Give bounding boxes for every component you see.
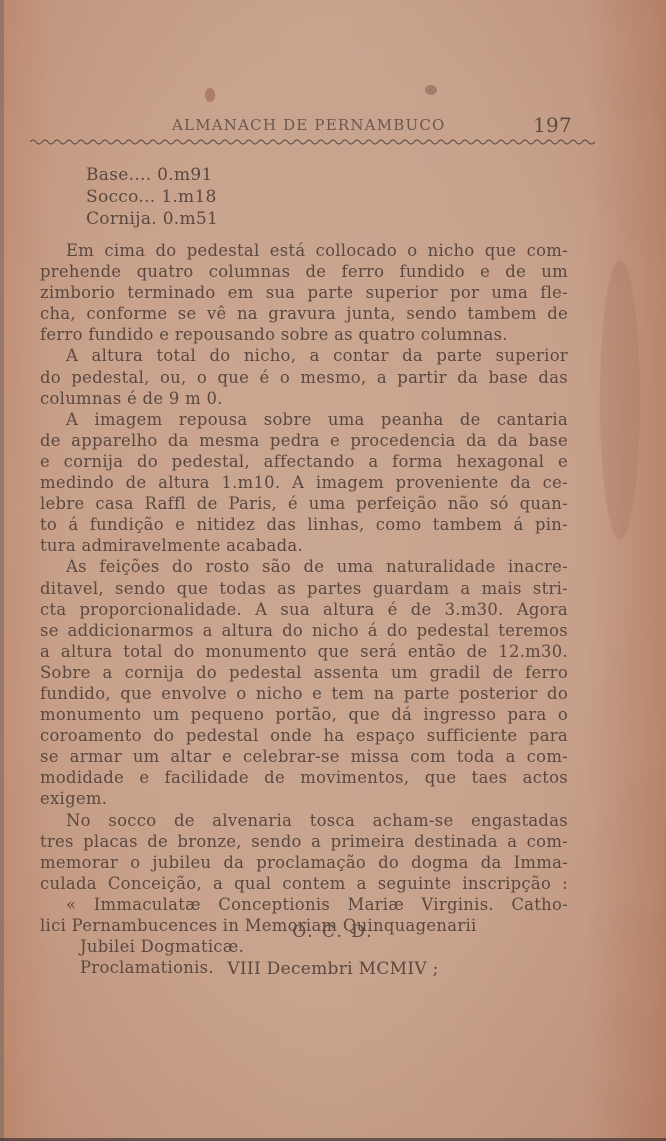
text-line: culada Conceição, a qual contem a seguin… xyxy=(40,873,568,894)
measurement-label: Cornija. xyxy=(86,209,157,229)
text-line: de apparelho da mesma pedra e procedenci… xyxy=(40,430,568,451)
foxing-spot xyxy=(205,88,215,102)
text-line: zimborio terminado em sua parte superior… xyxy=(40,282,568,303)
text-line: coroamento do pedestal onde ha espaço su… xyxy=(40,725,568,746)
measurement-socco: Socco... 1.m18 xyxy=(86,187,217,208)
text-line: Em cima do pedestal está collocado o nic… xyxy=(40,240,568,261)
text-line: se armar um altar e celebrar-se missa co… xyxy=(40,746,568,767)
measurement-base: Base.... 0.m91 xyxy=(86,165,213,186)
text-line: « Immaculatæ Conceptionis Mariæ Virginis… xyxy=(40,894,568,915)
text-line: A altura total do nicho, a contar da par… xyxy=(40,345,568,366)
date-line: VIII Decembri MCMIV ; xyxy=(0,959,666,979)
measurement-cornija: Cornija. 0.m51 xyxy=(86,209,218,230)
measurement-label: Base.... xyxy=(86,165,151,185)
measurement-value: 1.m18 xyxy=(161,187,216,207)
measurement-value: 0.m51 xyxy=(163,209,218,229)
measurement-value: 0.m91 xyxy=(157,165,212,185)
wavy-rule-divider xyxy=(30,138,595,146)
paragraph-socco: No socco de alvenaria tosca acham-se eng… xyxy=(40,810,568,894)
text-line: ditavel, sendo que todas as partes guard… xyxy=(40,578,568,599)
paragraph-altura-nicho: A altura total do nicho, a contar da par… xyxy=(40,345,568,408)
book-page: ALMANACH DE PERNAMBUCO 197 Base.... 0.m9… xyxy=(0,0,666,1141)
text-line: exigem. xyxy=(40,788,568,809)
text-line: monumento um pequeno portão, que dá ingr… xyxy=(40,704,568,725)
text-line: tres placas de bronze, sendo a primeira … xyxy=(40,831,568,852)
text-line: medindo de altura 1.m10. A imagem proven… xyxy=(40,472,568,493)
text-line: A imagem repousa sobre uma peanha de can… xyxy=(40,409,568,430)
signature-ocd: O. C. D. xyxy=(0,922,666,942)
foxing-spot xyxy=(425,85,437,95)
text-line: No socco de alvenaria tosca acham-se eng… xyxy=(40,810,568,831)
running-title: ALMANACH DE PERNAMBUCO xyxy=(172,116,446,134)
paragraph-feicoes: As feições do rosto são de uma naturalid… xyxy=(40,556,568,809)
text-line: As feições do rosto são de uma naturalid… xyxy=(40,556,568,577)
text-line: do pedestal, ou, o que é o mesmo, a part… xyxy=(40,367,568,388)
text-line: lebre casa Raffl de Paris, é uma perfeiç… xyxy=(40,493,568,514)
page-number: 197 xyxy=(533,113,572,137)
text-line: ferro fundido e repousando sobre as quat… xyxy=(40,324,568,345)
text-line: tura admiravelmente acabada. xyxy=(40,535,568,556)
text-line: se addicionarmos a altura do nicho á do … xyxy=(40,620,568,641)
text-line: modidade e facilidade de movimentos, que… xyxy=(40,767,568,788)
text-line: prehende quatro columnas de ferro fundid… xyxy=(40,261,568,282)
text-line: memorar o jubileu da proclamação do dogm… xyxy=(40,852,568,873)
text-line: cha, conforme se vê na gravura junta, se… xyxy=(40,303,568,324)
text-line: columnas é de 9 m 0. xyxy=(40,388,568,409)
body-text: Em cima do pedestal está collocado o nic… xyxy=(40,240,568,978)
text-line: a altura total do monumento que será ent… xyxy=(40,641,568,662)
paragraph-imagem: A imagem repousa sobre uma peanha de can… xyxy=(40,409,568,557)
text-line: e cornija do pedestal, affectando a form… xyxy=(40,451,568,472)
text-line: fundido, que envolve o nicho e tem na pa… xyxy=(40,683,568,704)
edge-stain xyxy=(600,260,640,540)
text-line: to á fundição e nitidez das linhas, como… xyxy=(40,514,568,535)
text-line: cta proporcionalidade. A sua altura é de… xyxy=(40,599,568,620)
text-line: Sobre a cornija do pedestal assenta um g… xyxy=(40,662,568,683)
paragraph-nicho: Em cima do pedestal está collocado o nic… xyxy=(40,240,568,345)
measurement-label: Socco... xyxy=(86,187,155,207)
